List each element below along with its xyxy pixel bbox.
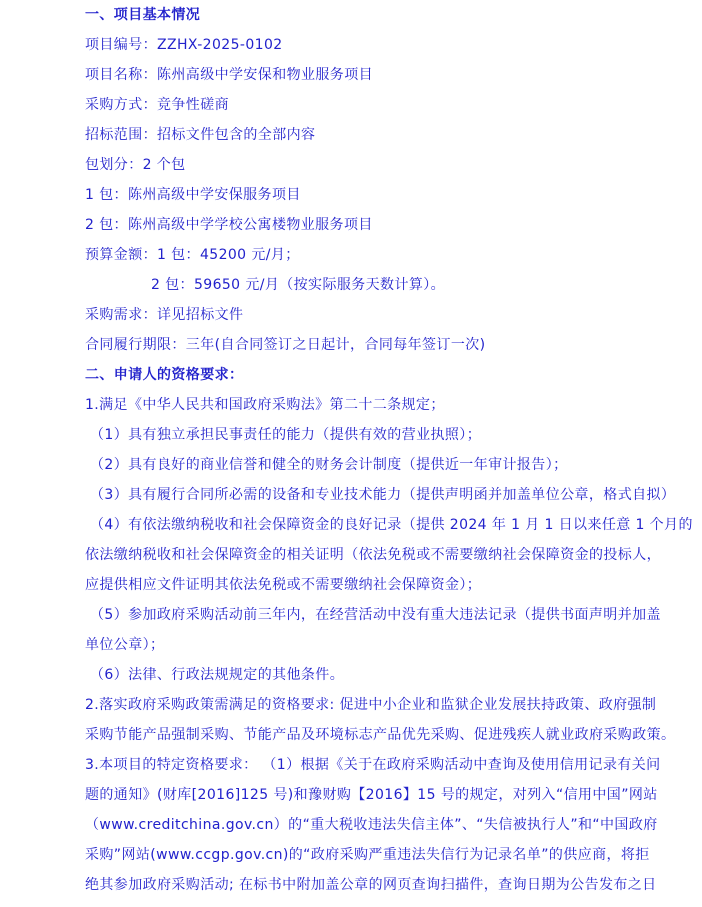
qualification-3-cont1: 题的通知》(财库[2016]125 号)和豫财购【2016】15 号的规定，对列… <box>85 780 697 810</box>
section-2-heading: 二、申请人的资格要求： <box>85 360 697 390</box>
qualification-1-item-1: （1）具有独立承担民事责任的能力（提供有效的营业执照）； <box>85 420 697 450</box>
qualification-3-cont4: 绝其参加政府采购活动; 在标书中附加盖公章的网页查询扫描件，查询日期为公告发布之… <box>85 870 697 900</box>
package-division: 包划分：2 个包 <box>85 150 697 180</box>
package-1-name: 1 包：陈州高级中学安保服务项目 <box>85 180 697 210</box>
budget-package-1: 预算金额：1 包：45200 元/月； <box>85 240 697 270</box>
qualification-1-item-4-cont2: 应提供相应文件证明其依法免税或不需要缴纳社会保障资金）； <box>85 570 697 600</box>
contract-term: 合同履行期限：三年(自合同签订之日起计，合同每年签订一次) <box>85 330 697 360</box>
bid-scope: 招标范围：招标文件包含的全部内容 <box>85 120 697 150</box>
qualification-1-item-3: （3）具有履行合同所必需的设备和专业技术能力（提供声明函并加盖单位公章，格式自拟… <box>85 480 697 510</box>
qualification-3-cont2: （www.creditchina.gov.cn）的“重大税收违法失信主体”、“失… <box>85 810 697 840</box>
qualification-2: 2.落实政府采购政策需满足的资格要求: 促进中小企业和监狱企业发展扶持政策、政府… <box>85 690 697 720</box>
qualification-3-cont3: 采购”网站(www.ccgp.gov.cn)的“政府采购严重违法失信行为记录名单… <box>85 840 697 870</box>
qualification-1-item-2: （2）具有良好的商业信誉和健全的财务会计制度（提供近一年审计报告）； <box>85 450 697 480</box>
qualification-1-item-4-cont1: 依法缴纳税收和社会保障资金的相关证明（依法免税或不需要缴纳社会保障资金的投标人， <box>85 540 697 570</box>
document-page: { "page": { "background_color": "#ffffff… <box>0 0 702 907</box>
procurement-announcement: 一、项目基本情况 项目编号：ZZHX-2025-0102 项目名称：陈州高级中学… <box>85 0 697 900</box>
qualification-3: 3.本项目的特定资格要求： （1）根据《关于在政府采购活动中查询及使用信用记录有… <box>85 750 697 780</box>
project-name: 项目名称：陈州高级中学安保和物业服务项目 <box>85 60 697 90</box>
budget-package-2: 2 包：59650 元/月（按实际服务天数计算）。 <box>85 270 697 300</box>
project-number: 项目编号：ZZHX-2025-0102 <box>85 30 697 60</box>
qualification-1-item-5: （5）参加政府采购活动前三年内，在经营活动中没有重大违法记录（提供书面声明并加盖 <box>85 600 697 630</box>
section-1-heading: 一、项目基本情况 <box>85 0 697 30</box>
qualification-2-cont: 采购节能产品强制采购、节能产品及环境标志产品优先采购、促进残疾人就业政府采购政策… <box>85 720 697 750</box>
package-2-name: 2 包：陈州高级中学学校公寓楼物业服务项目 <box>85 210 697 240</box>
procurement-method: 采购方式：竞争性磋商 <box>85 90 697 120</box>
qualification-1-item-5-cont: 单位公章）； <box>85 630 697 660</box>
qualification-1-item-6: （6）法律、行政法规规定的其他条件。 <box>85 660 697 690</box>
procurement-requirements: 采购需求：详见招标文件 <box>85 300 697 330</box>
qualification-1: 1.满足《中华人民共和国政府采购法》第二十二条规定； <box>85 390 697 420</box>
qualification-1-item-4: （4）有依法缴纳税收和社会保障资金的良好记录（提供 2024 年 1 月 1 日… <box>85 510 697 540</box>
